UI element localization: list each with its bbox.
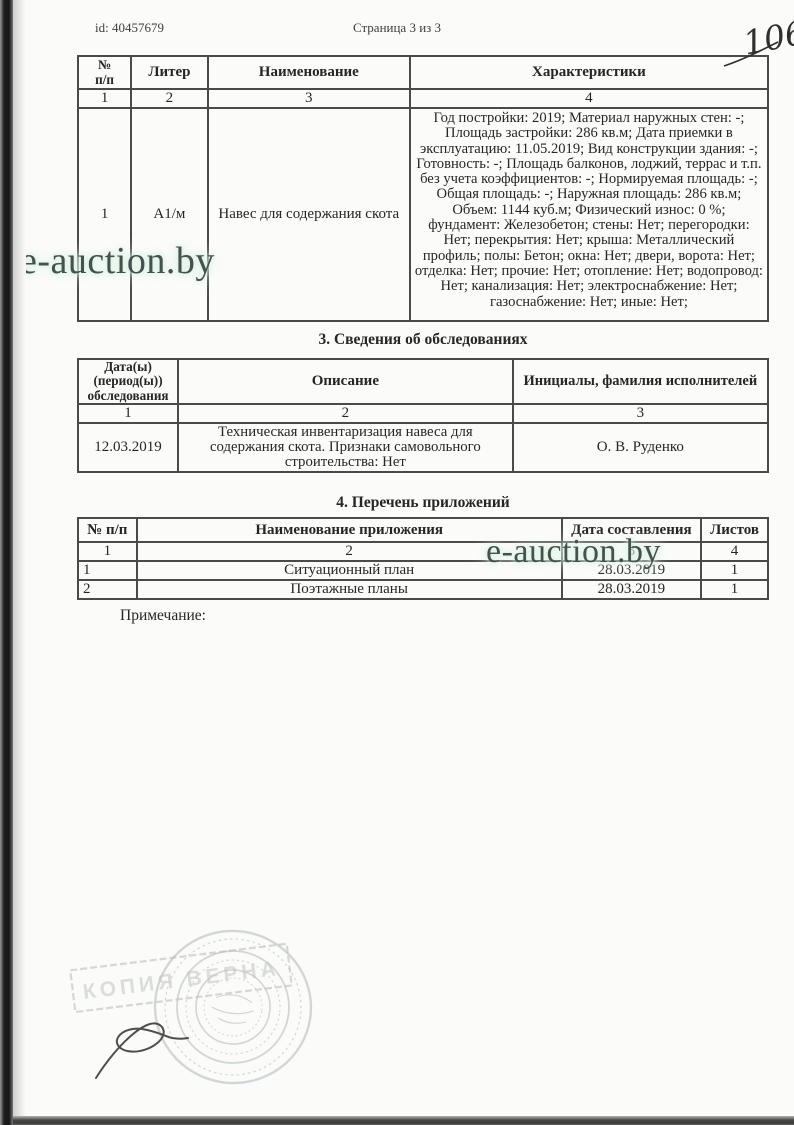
column-number: 1	[78, 542, 137, 561]
scanned-document-page: id: 40457679 Страница 3 из 3 № п/п Литер…	[0, 0, 794, 1125]
survey-description-cell: Техническая инвентаризация навеса для со…	[178, 423, 513, 472]
column-header-executors: Инициалы, фамилия исполнителей	[513, 359, 768, 404]
appendix-number-cell: 1	[78, 561, 137, 580]
column-number: 3	[562, 542, 701, 561]
round-stamp	[145, 921, 321, 1093]
appendix-sheets-cell: 1	[701, 580, 768, 599]
survey-executors-cell: О. В. Руденко	[513, 423, 768, 472]
copy-stamp: КОПИЯ ВЕРНА	[70, 944, 291, 1012]
column-header-survey-date: Дата(ы) (период(ы)) обследования	[78, 359, 178, 404]
column-number: 1	[78, 404, 178, 423]
column-number: 4	[410, 89, 768, 108]
appendix-name-cell: Ситуационный план	[137, 561, 562, 580]
copy-stamp-text: КОПИЯ ВЕРНА	[82, 957, 281, 1004]
survey-date-cell: 12.03.2019	[78, 423, 178, 472]
signature	[96, 1023, 188, 1078]
scan-edge-left	[0, 0, 13, 1125]
object-name-cell: Навес для содержания скота	[208, 108, 410, 321]
appendix-name-cell: Поэтажные планы	[137, 580, 562, 599]
note-label: Примечание:	[120, 607, 206, 625]
table-row: 1 Ситуационный план 28.03.2019 1	[78, 561, 768, 580]
table-row: 2 Поэтажные планы 28.03.2019 1	[78, 580, 768, 599]
appendix-sheets-cell: 1	[701, 561, 768, 580]
column-header-appendix-date: Дата составления	[562, 518, 701, 542]
object-number-cell: 1	[78, 108, 131, 321]
document-header: id: 40457679 Страница 3 из 3	[0, 20, 794, 38]
column-header-liter: Литер	[131, 56, 208, 89]
column-number: 1	[78, 89, 131, 108]
column-number: 2	[178, 404, 513, 423]
column-header-appendix-name: Наименование приложения	[137, 518, 562, 542]
column-number: 2	[131, 89, 208, 108]
section3-title: 3. Сведения об обследованиях	[77, 331, 769, 349]
appendix-date-cell: 28.03.2019	[562, 580, 701, 599]
column-number: 4	[701, 542, 768, 561]
page-indicator: Страница 3 из 3	[0, 20, 794, 36]
surveys-table: Дата(ы) (период(ы)) обследования Описани…	[77, 358, 769, 473]
object-liter-cell: А1/м	[131, 108, 208, 321]
table-row: 12.03.2019 Техническая инвентаризация на…	[78, 423, 768, 472]
column-header-description: Описание	[178, 359, 513, 404]
column-header-num: № п/п	[78, 56, 131, 89]
column-header-appendix-num: № п/п	[78, 518, 137, 542]
column-number: 2	[137, 542, 562, 561]
objects-table: № п/п Литер Наименование Характеристики …	[77, 55, 769, 322]
table-row: 1 А1/м Навес для содержания скота Год по…	[78, 108, 768, 321]
appendix-number-cell: 2	[78, 580, 137, 599]
scan-edge-bottom	[13, 1116, 794, 1125]
appendix-date-cell: 28.03.2019	[562, 561, 701, 580]
column-header-name: Наименование	[208, 56, 410, 89]
column-header-appendix-sheets: Листов	[701, 518, 768, 542]
column-number: 3	[513, 404, 768, 423]
section4-title: 4. Перечень приложений	[77, 494, 769, 512]
appendices-table: № п/п Наименование приложения Дата соста…	[77, 517, 769, 600]
column-number: 3	[208, 89, 410, 108]
scan-edge-left-fade	[13, 0, 26, 1125]
column-header-characteristics: Характеристики	[410, 56, 768, 89]
object-characteristics-cell: Год постройки: 2019; Материал наружных с…	[410, 108, 768, 321]
